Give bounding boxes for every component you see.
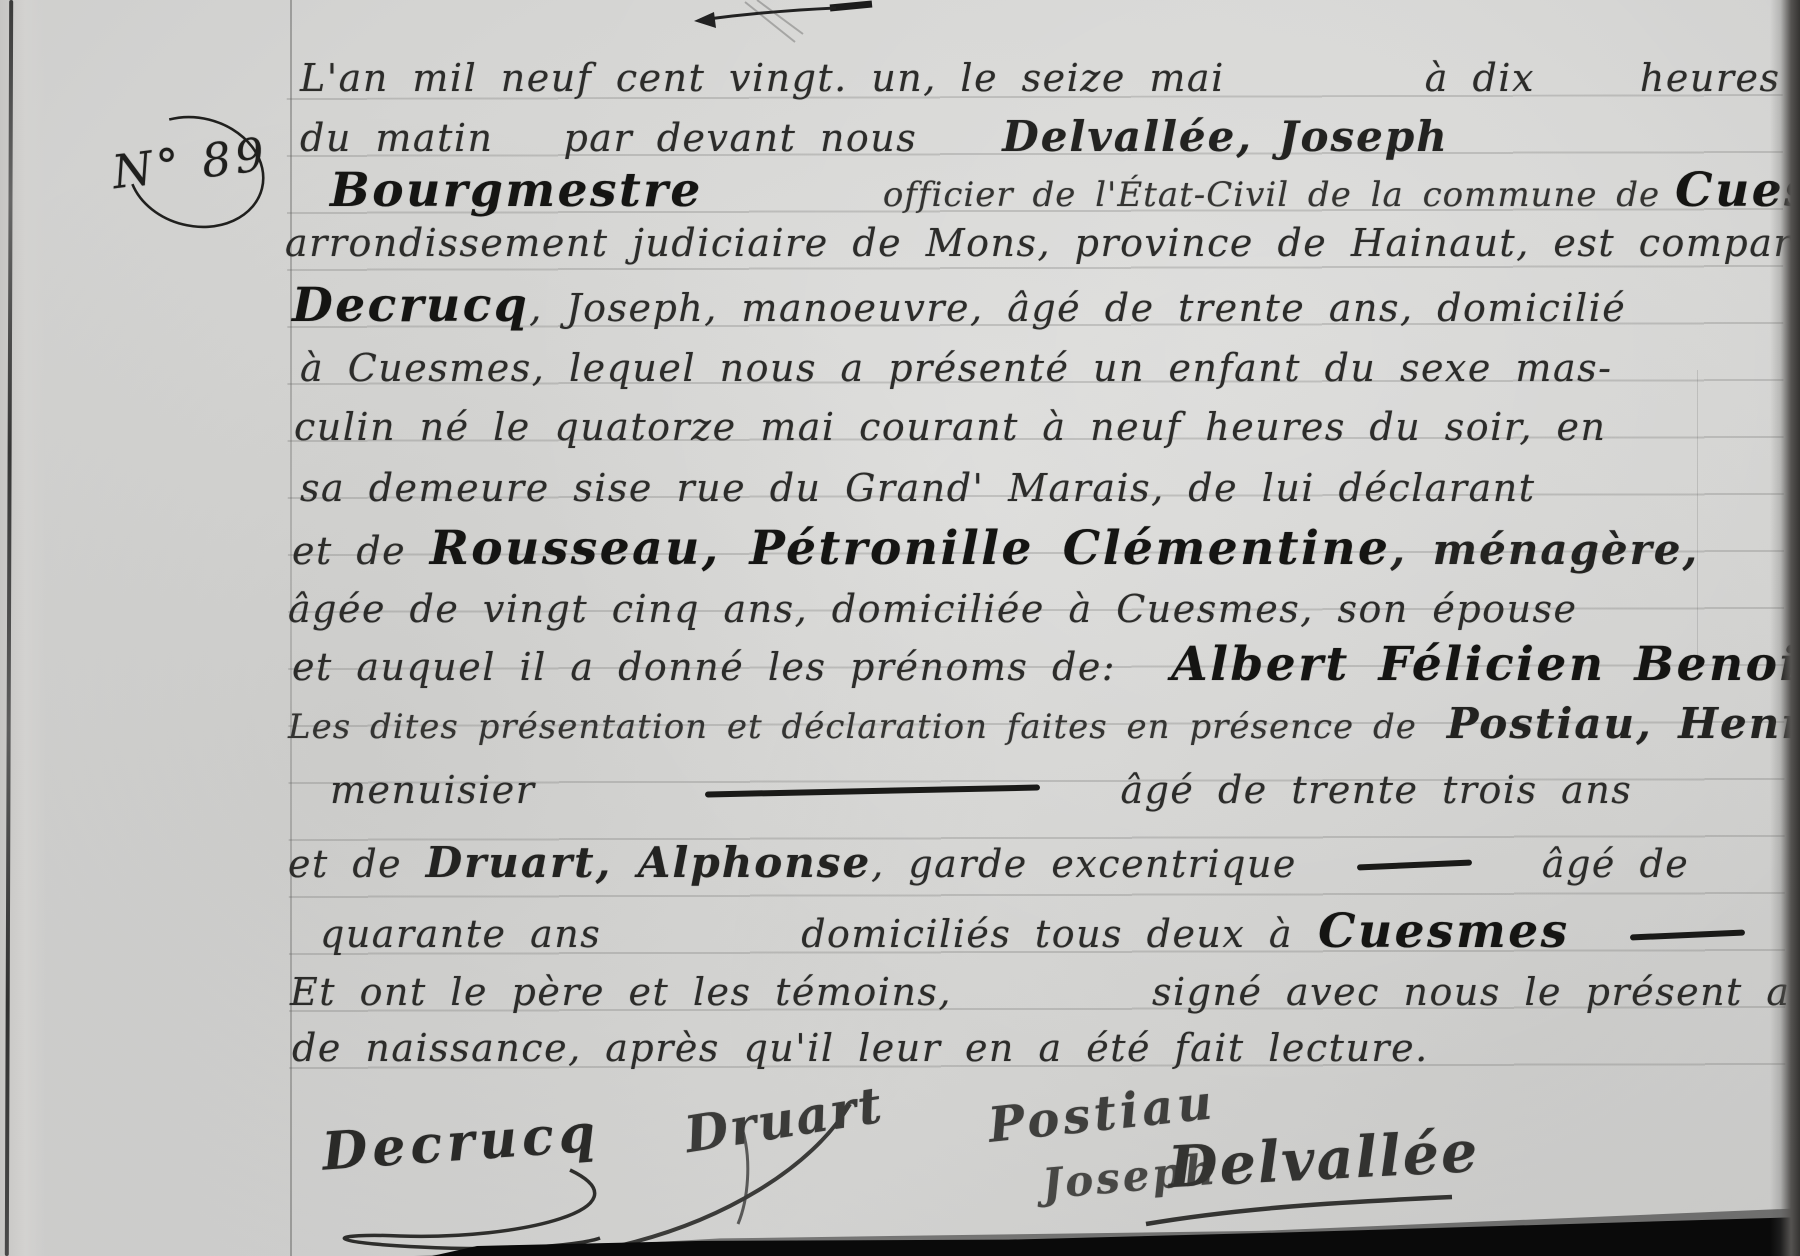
text-segment: âgée de vingt cinq ans, domiciliée à Cue… (288, 587, 1578, 631)
text-segment: heures (1640, 56, 1781, 100)
text-line: L'an mil neuf cent vingt. un, le seize m… (300, 56, 1780, 100)
text-line: quarante ansdomiciliés tous deux àCuesme… (320, 904, 1745, 959)
text-segment: L'an mil neuf cent vingt. un, le seize m… (300, 56, 1225, 100)
text-segment: âgé de (1542, 842, 1689, 886)
text-segment: , garde excentrique (871, 842, 1297, 886)
text-segment: âgé de trente trois ans (1120, 768, 1632, 812)
text-line: âgée de vingt cinq ans, domiciliée à Cue… (288, 587, 1578, 631)
text-segment: signé avec nous le présent acte (1152, 970, 1800, 1014)
text-segment: Les dites présentation et déclaration fa… (288, 707, 1417, 747)
text-segment: à dix (1425, 56, 1535, 100)
text-line: du matinpar devant nousDelvallée, Joseph (300, 112, 1449, 161)
page-right-edge (1770, 0, 1800, 1256)
text-segment: menuisier (330, 768, 535, 812)
scanned-document-page: N° 89 L'an mil neuf cent vingt. un, le s… (0, 0, 1800, 1256)
text-segment: Albert Félicien Benoit. (1171, 637, 1800, 692)
text-segment: Et ont le père et les témoins, (290, 970, 952, 1014)
text-line: sa demeure sise rue du Grand' Marais, de… (300, 466, 1536, 510)
text-segment: Decrucq (292, 278, 529, 333)
text-segment: officier de l'État-Civil de la commune d… (883, 175, 1660, 215)
ink-filler-dash (705, 784, 1040, 797)
ink-filler-dash (1630, 929, 1745, 940)
text-segment: , Joseph, manoeuvre, âgé de trente ans, … (529, 286, 1626, 330)
text-segment: et de (292, 529, 430, 573)
text-segment: Bourgmestre (330, 163, 703, 218)
faint-vertical-crease (1697, 370, 1698, 660)
text-segment: du matin (300, 116, 493, 160)
text-segment: arrondissement judiciaire de Mons, provi… (285, 221, 1800, 265)
text-line: culin né le quatorze mai courant à neuf … (294, 405, 1606, 449)
text-segment: domiciliés tous deux à (801, 912, 1293, 956)
text-segment: Cuesmes (1318, 904, 1570, 959)
text-line: arrondissement judiciaire de Mons, provi… (285, 221, 1800, 265)
ink-filler-dash (1357, 859, 1472, 870)
text-segment: Postiau, Henri, (1447, 699, 1800, 748)
text-line: Bourgmestreofficier de l'État-Civil de l… (330, 163, 1800, 218)
text-line: à Cuesmes, lequel nous a présenté un enf… (300, 346, 1612, 390)
text-segment: Delvallée, Joseph (1002, 112, 1448, 161)
text-line: Et ont le père et les témoins,signé avec… (290, 970, 1800, 1014)
text-segment: à Cuesmes, lequel nous a présenté un enf… (300, 346, 1612, 390)
text-line: menuisierâgé de trente trois ans (330, 768, 1632, 812)
text-line: Decrucq, Joseph, manoeuvre, âgé de trent… (292, 278, 1626, 333)
text-segment: et auquel il a donné les prénoms de: (292, 645, 1116, 689)
text-segment: de naissance, après qu'il leur en a été … (292, 1026, 1429, 1070)
text-segment: Druart, Alphonse (426, 838, 871, 887)
text-segment: Rousseau, Pétronille Clémentine (430, 521, 1391, 576)
text-segment: sa demeure sise rue du Grand' Marais, de… (300, 466, 1536, 510)
text-line: et de Druart, Alphonse, garde excentriqu… (288, 838, 1689, 887)
text-segment: par devant nous (563, 116, 917, 160)
text-segment: culin né le quatorze mai courant à neuf … (294, 405, 1606, 449)
text-line: et auquel il a donné les prénoms de:Albe… (292, 637, 1800, 692)
text-line: de naissance, après qu'il leur en a été … (292, 1026, 1429, 1070)
text-segment: , ménagère, (1390, 525, 1699, 574)
text-line: Les dites présentation et déclaration fa… (288, 699, 1800, 748)
text-segment: quarante ans (320, 912, 601, 956)
text-line: et de Rousseau, Pétronille Clémentine, m… (292, 521, 1699, 576)
text-segment: et de (288, 842, 426, 886)
